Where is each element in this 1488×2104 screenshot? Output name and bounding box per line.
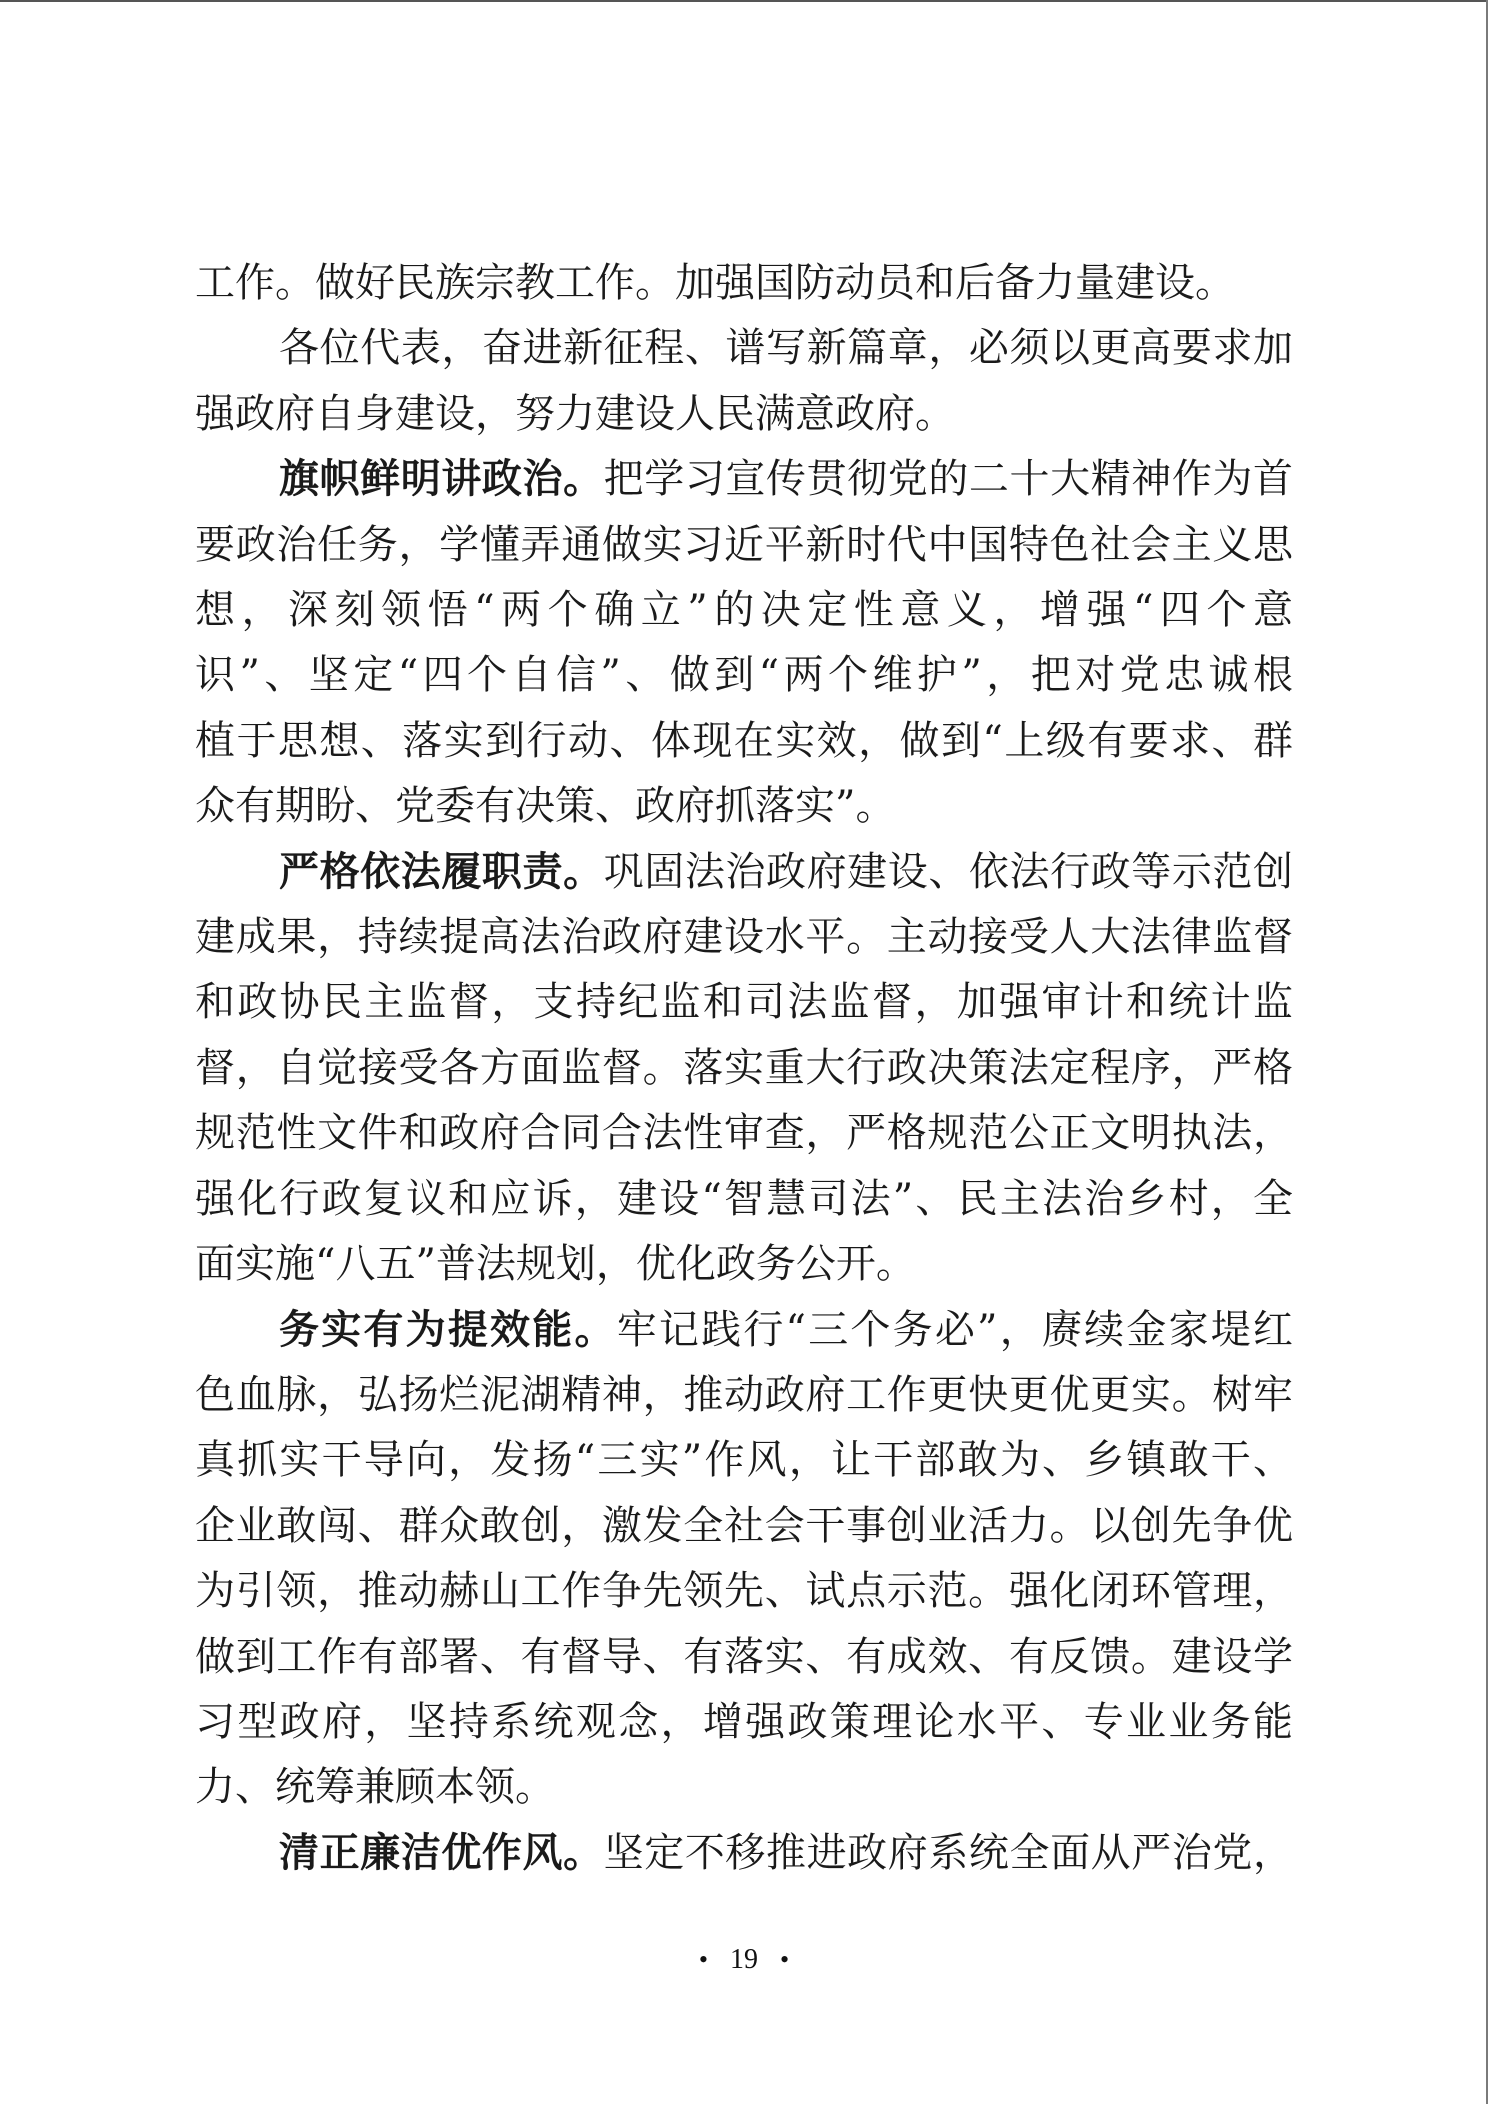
section-lead-law: 严格依法履职责。: [279, 849, 604, 895]
section-lead-integrity: 清正廉洁优作风。: [279, 1830, 604, 1876]
line-text: 把学习宣传贯彻党的二十大精神作为首: [604, 456, 1293, 502]
body-line-5: 要政治任务，学懂弄通做实习近平新时代中国特色社会主义思: [195, 515, 1293, 575]
body-line-11: 建成果，持续提高法治政府建设水平。主动接受人大法律监督: [195, 907, 1293, 967]
line-text: 督，自觉接受各方面监督。落实重大行政决策法定程序，严格: [195, 1045, 1293, 1091]
section-heading-law: 严格依法履职责。巩固法治政府建设、依法行政等示范创: [195, 842, 1293, 902]
body-line-22: 做到工作有部署、有督导、有落实、有成效、有反馈。建设学: [195, 1627, 1293, 1687]
line-text: 植于思想、落实到行动、体现在实效，做到“上级有要求、群: [195, 718, 1293, 764]
body-line-23: 习型政府，坚持系统观念，增强政策理论水平、专业业务能: [195, 1692, 1293, 1752]
line-text: 巩固法治政府建设、依法行政等示范创: [604, 849, 1293, 895]
body-line-14: 规范性文件和政府合同合法性审查，严格规范公正文明执法，: [195, 1103, 1293, 1163]
line-text: 建成果，持续提高法治政府建设水平。主动接受人大法律监督: [195, 914, 1293, 960]
line-text: 识”、坚定“四个自信”、做到“两个维护”，把对党忠诚根: [195, 652, 1293, 698]
line-text: 工作。做好民族宗教工作。加强国防动员和后备力量建设。: [195, 260, 1235, 306]
line-text: 面实施“八五”普法规划，优化政务公开。: [195, 1241, 916, 1287]
line-text: 坚定不移推进政府系统全面从严治党，: [604, 1830, 1293, 1876]
section-lead-politics: 旗帜鲜明讲政治。: [279, 456, 604, 502]
line-text: 做到工作有部署、有督导、有落实、有成效、有反馈。建设学: [195, 1634, 1293, 1680]
body-line-16: 面实施“八五”普法规划，优化政务公开。: [195, 1234, 1293, 1294]
body-line-6: 想，深刻领悟“两个确立”的决定性意义，增强“四个意: [195, 580, 1293, 640]
section-heading-efficiency: 务实有为提效能。牢记践行“三个务必”，赓续金家堤红: [195, 1300, 1293, 1360]
line-text: 各位代表，奋进新征程、谱写新篇章，必须以更高要求加: [279, 325, 1293, 371]
body-line-1: 工作。做好民族宗教工作。加强国防动员和后备力量建设。: [195, 253, 1293, 313]
body-line-9: 众有期盼、党委有决策、政府抓落实”。: [195, 776, 1293, 836]
page-number-footer: •19•: [0, 1942, 1488, 1978]
line-text: 强政府自身建设，努力建设人民满意政府。: [195, 391, 955, 437]
line-text: 习型政府，坚持系统观念，增强政策理论水平、专业业务能: [195, 1699, 1293, 1745]
body-line-3: 强政府自身建设，努力建设人民满意政府。: [195, 384, 1293, 444]
line-text: 真抓实干导向，发扬“三实”作风，让干部敢为、乡镇敢干、: [195, 1437, 1293, 1483]
page-number: 19: [730, 1944, 758, 1975]
line-text: 企业敢闯、群众敢创，激发全社会干事创业活力。以创先争优: [195, 1503, 1293, 1549]
line-text: 为引领，推动赫山工作争先领先、试点示范。强化闭环管理，: [195, 1568, 1293, 1614]
line-text: 要政治任务，学懂弄通做实习近平新时代中国特色社会主义思: [195, 522, 1293, 568]
document-page-body: 工作。做好民族宗教工作。加强国防动员和后备力量建设。 各位代表，奋进新征程、谱写…: [195, 0, 1293, 2104]
bullet-right: •: [780, 1942, 789, 1978]
section-heading-integrity: 清正廉洁优作风。坚定不移推进政府系统全面从严治党，: [195, 1823, 1293, 1883]
body-line-12: 和政协民主监督，支持纪监和司法监督，加强审计和统计监: [195, 972, 1293, 1032]
line-text: 牢记践行“三个务必”，赓续金家堤红: [617, 1307, 1293, 1353]
line-text: 众有期盼、党委有决策、政府抓落实”。: [195, 783, 895, 829]
line-text: 和政协民主监督，支持纪监和司法监督，加强审计和统计监: [195, 979, 1293, 1025]
body-line-8: 植于思想、落实到行动、体现在实效，做到“上级有要求、群: [195, 711, 1293, 771]
line-text: 强化行政复议和应诉，建设“智慧司法”、民主法治乡村，全: [195, 1176, 1293, 1222]
body-line-15: 强化行政复议和应诉，建设“智慧司法”、民主法治乡村，全: [195, 1169, 1293, 1229]
body-line-2: 各位代表，奋进新征程、谱写新篇章，必须以更高要求加: [195, 318, 1293, 378]
line-text: 规范性文件和政府合同合法性审查，严格规范公正文明执法，: [195, 1110, 1293, 1156]
body-line-24: 力、统筹兼顾本领。: [195, 1757, 1293, 1817]
body-line-7: 识”、坚定“四个自信”、做到“两个维护”，把对党忠诚根: [195, 645, 1293, 705]
section-heading-politics: 旗帜鲜明讲政治。把学习宣传贯彻党的二十大精神作为首: [195, 449, 1293, 509]
line-text: 力、统筹兼顾本领。: [195, 1764, 555, 1810]
line-text: 色血脉，弘扬烂泥湖精神，推动政府工作更快更优更实。树牢: [195, 1372, 1293, 1418]
body-line-18: 色血脉，弘扬烂泥湖精神，推动政府工作更快更优更实。树牢: [195, 1365, 1293, 1425]
body-line-20: 企业敢闯、群众敢创，激发全社会干事创业活力。以创先争优: [195, 1496, 1293, 1556]
body-line-21: 为引领，推动赫山工作争先领先、试点示范。强化闭环管理，: [195, 1561, 1293, 1621]
line-text: 想，深刻领悟“两个确立”的决定性意义，增强“四个意: [195, 587, 1293, 633]
bullet-left: •: [699, 1942, 708, 1978]
section-lead-efficiency: 务实有为提效能。: [279, 1307, 617, 1353]
body-line-13: 督，自觉接受各方面监督。落实重大行政决策法定程序，严格: [195, 1038, 1293, 1098]
body-line-19: 真抓实干导向，发扬“三实”作风，让干部敢为、乡镇敢干、: [195, 1430, 1293, 1490]
